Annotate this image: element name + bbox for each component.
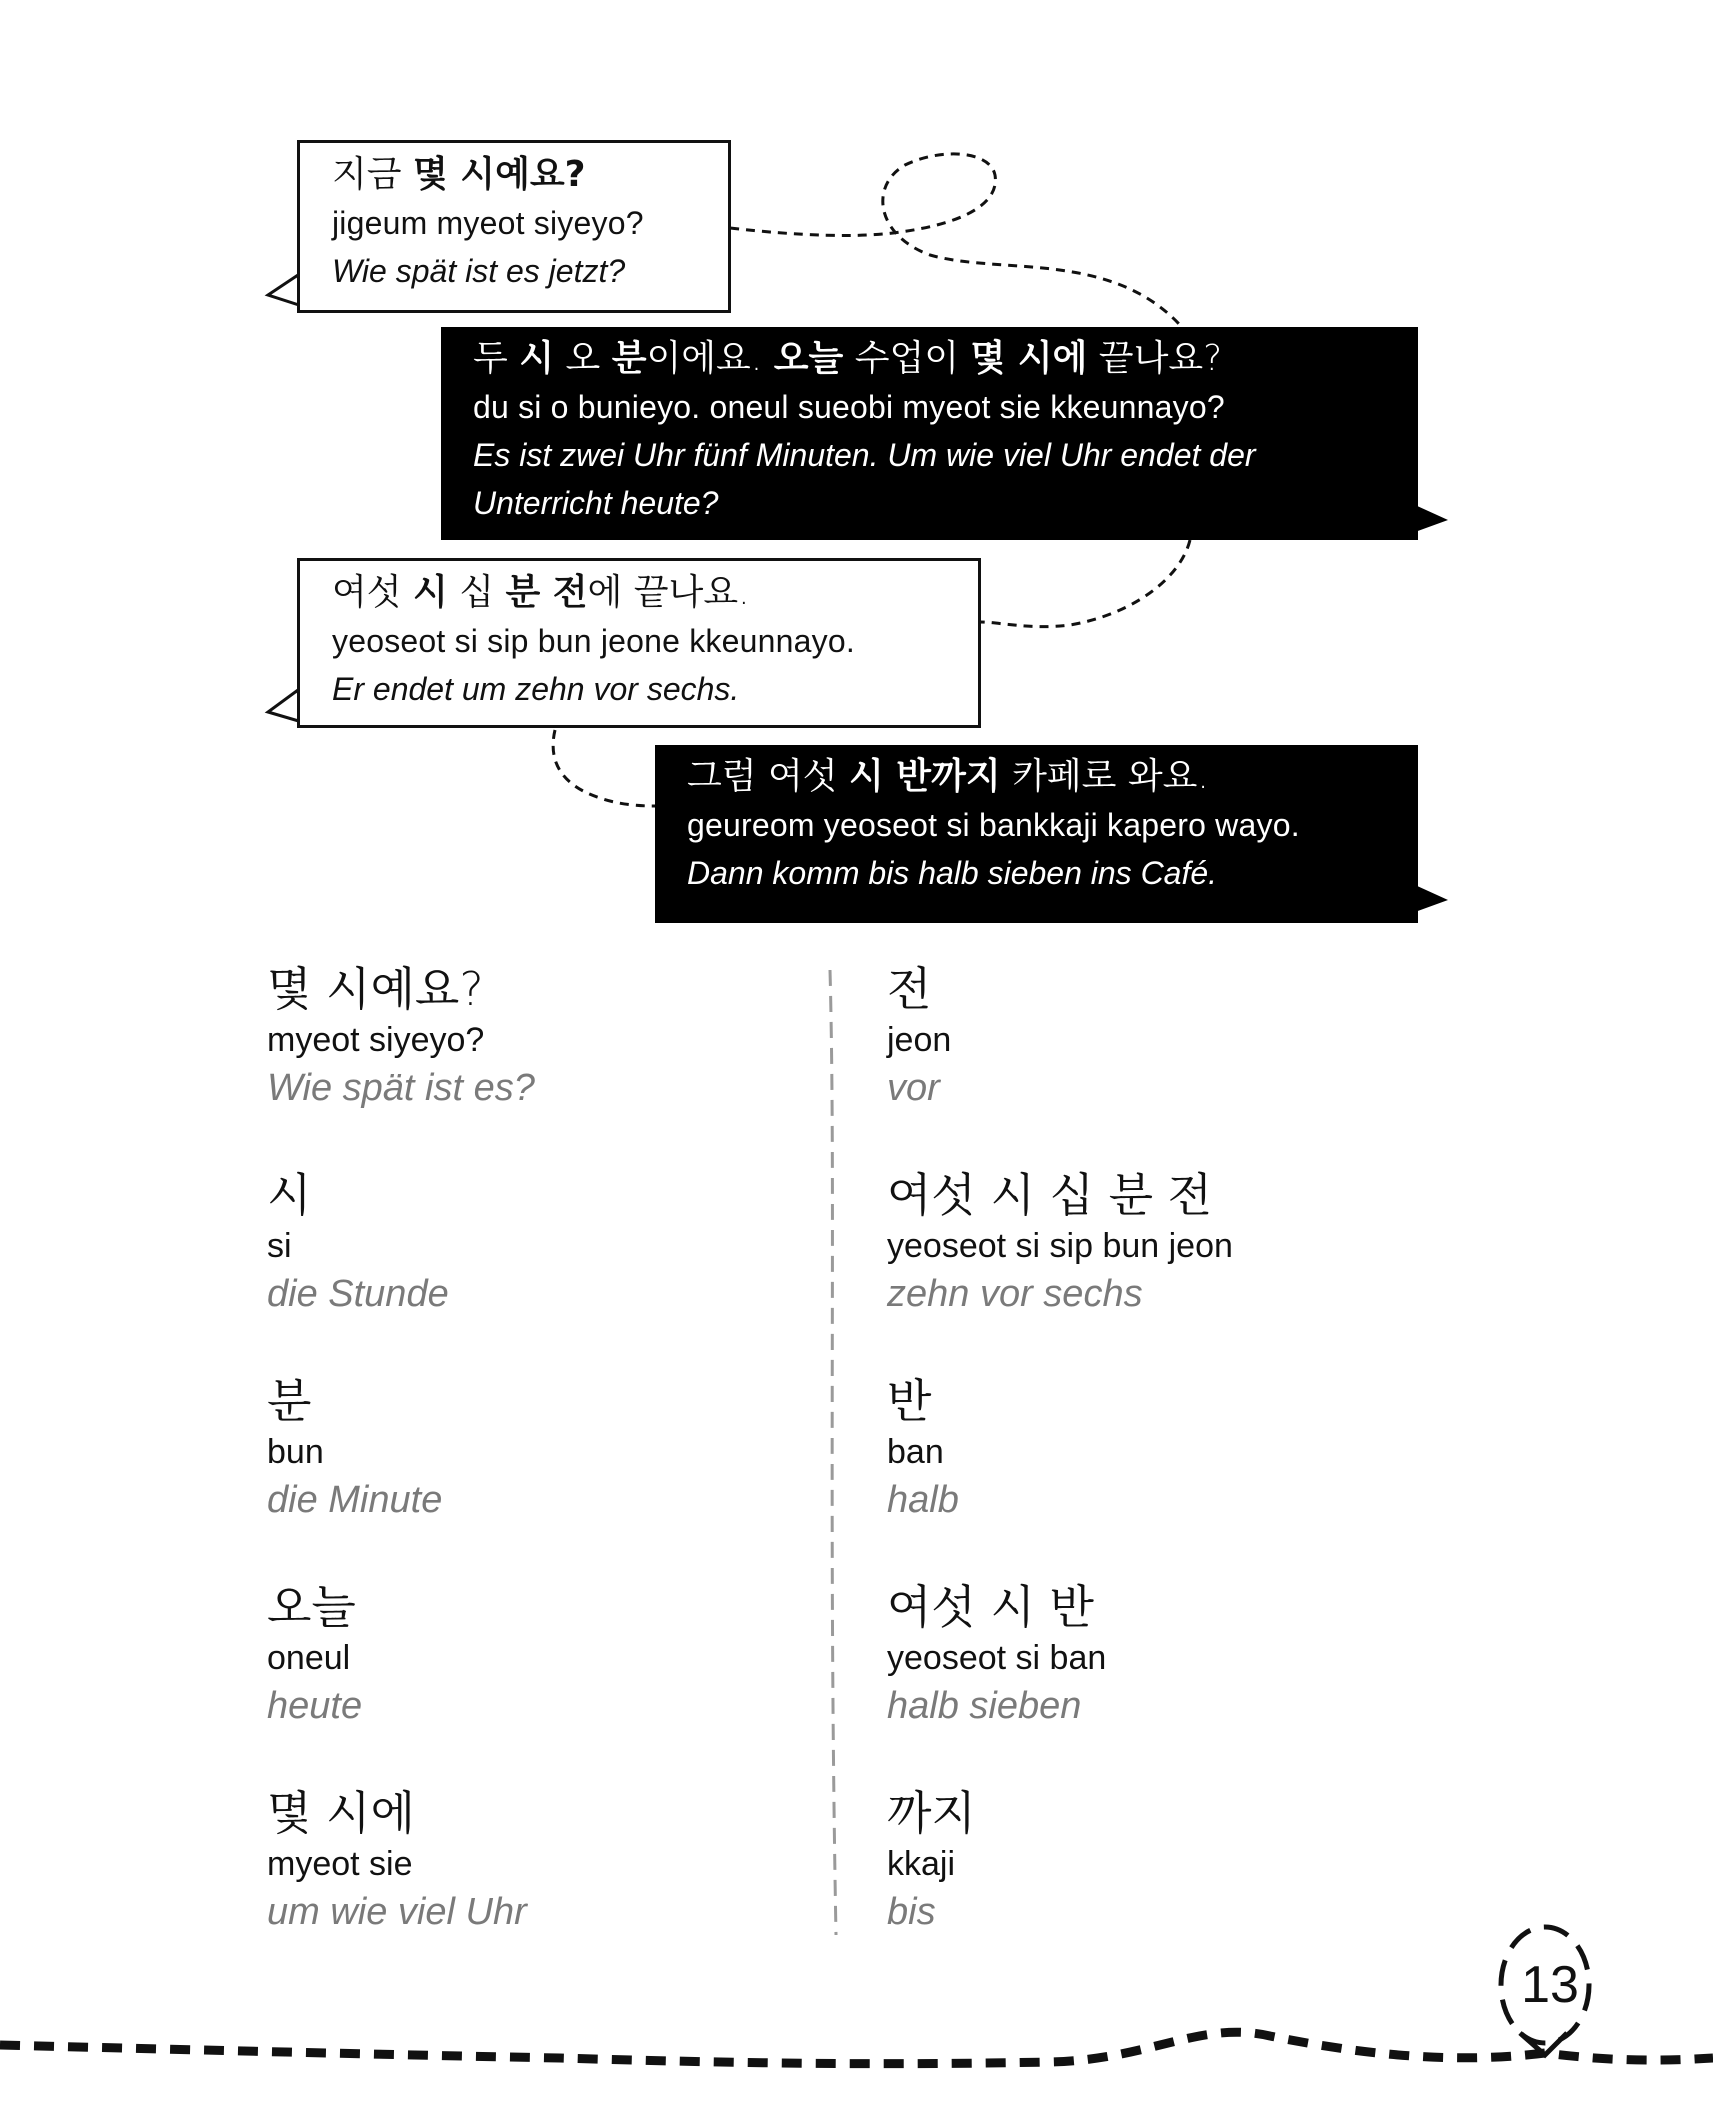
korean-text-bold: 몇 시예요? bbox=[413, 154, 586, 195]
korean-text-bold: 시 bbox=[519, 338, 554, 379]
german-translation-line1: Es ist zwei Uhr fünf Minuten. Um wie vie… bbox=[473, 431, 1418, 479]
vocab-korean: 몇 시에 bbox=[267, 1786, 827, 1840]
dashed-connector-3 bbox=[553, 730, 655, 806]
vocab-german: bis bbox=[887, 1888, 1447, 1936]
korean-text: 십 bbox=[448, 572, 506, 613]
vocab-german: halb sieben bbox=[887, 1682, 1447, 1730]
vocab-romanization: ban bbox=[887, 1428, 1447, 1476]
vocab-korean: 까지 bbox=[887, 1786, 1447, 1840]
korean-text: 에 끝나요. bbox=[588, 572, 750, 613]
korean-text-bold: 분 전 bbox=[505, 572, 587, 613]
german-translation: Dann komm bis halb sieben ins Café. bbox=[687, 849, 1418, 897]
romanization: geureom yeoseot si bankkaji kapero wayo. bbox=[687, 801, 1418, 849]
vocab-korean: 여섯 시 십 분 전 bbox=[887, 1168, 1447, 1222]
vocab-entry: 분 bun die Minute bbox=[267, 1374, 827, 1524]
vocab-romanization: bun bbox=[267, 1428, 827, 1476]
dashed-connector-2 bbox=[980, 540, 1190, 627]
vocab-korean: 반 bbox=[887, 1374, 1447, 1428]
vocab-romanization: si bbox=[267, 1222, 827, 1270]
decorations bbox=[0, 0, 1713, 2126]
vocab-entry: 몇 시에 myeot sie um wie viel Uhr bbox=[267, 1786, 827, 1936]
vocab-romanization: yeoseot si ban bbox=[887, 1634, 1447, 1682]
vocab-entry: 몇 시예요? myeot siyeyo? Wie spät ist es? bbox=[267, 962, 827, 1112]
vocab-german: zehn vor sechs bbox=[887, 1270, 1447, 1318]
vocab-german: die Minute bbox=[267, 1476, 827, 1524]
vocab-german: die Stunde bbox=[267, 1270, 827, 1318]
vocab-romanization: myeot siyeyo? bbox=[267, 1016, 827, 1064]
bottom-dashed-wave bbox=[0, 2032, 1713, 2063]
german-translation: Er endet um zehn vor sechs. bbox=[332, 665, 978, 713]
korean-sentence: 그럼 여섯 시 반까지 카페로 와요. bbox=[687, 753, 1418, 801]
vocab-korean: 분 bbox=[267, 1374, 827, 1428]
vocab-entry: 까지 kkaji bis bbox=[887, 1786, 1447, 1936]
bubble-tail-4 bbox=[1415, 885, 1448, 912]
vocab-german: um wie viel Uhr bbox=[267, 1888, 827, 1936]
vocab-entry: 전 jeon vor bbox=[887, 962, 1447, 1112]
dashed-connector-1 bbox=[730, 154, 1180, 325]
vocab-entry: 여섯 시 반 yeoseot si ban halb sieben bbox=[887, 1580, 1447, 1730]
romanization: jigeum myeot siyeyo? bbox=[332, 199, 728, 247]
vocab-korean: 몇 시예요? bbox=[267, 962, 827, 1016]
korean-text: 지금 bbox=[332, 154, 413, 195]
korean-text: 이에요. bbox=[646, 338, 773, 379]
speech-bubble-4: 그럼 여섯 시 반까지 카페로 와요. geureom yeoseot si b… bbox=[655, 745, 1418, 923]
vocab-german: vor bbox=[887, 1064, 1447, 1112]
vocab-romanization: oneul bbox=[267, 1634, 827, 1682]
korean-text: 오 bbox=[554, 338, 612, 379]
speech-bubble-1: 지금 몇 시예요? jigeum myeot siyeyo? Wie spät … bbox=[297, 140, 731, 313]
korean-text: 끝나요? bbox=[1087, 338, 1222, 379]
vocab-romanization: kkaji bbox=[887, 1840, 1447, 1888]
vocab-romanization: yeoseot si sip bun jeon bbox=[887, 1222, 1447, 1270]
korean-text-bold: 분 bbox=[612, 338, 647, 379]
korean-text-bold: 시 반까지 bbox=[849, 756, 1001, 797]
korean-text-bold: 시 bbox=[413, 572, 448, 613]
korean-text: 두 bbox=[473, 338, 519, 379]
romanization: yeoseot si sip bun jeone kkeunnayo. bbox=[332, 617, 978, 665]
speech-bubble-2: 두 시 오 분이에요. 오늘 수업이 몇 시에 끝나요? du si o bun… bbox=[441, 327, 1418, 540]
german-translation-line2: Unterricht heute? bbox=[473, 479, 1418, 527]
column-divider bbox=[830, 970, 836, 1935]
korean-text: 수업이 bbox=[843, 338, 970, 379]
page-number: 13 bbox=[1510, 1955, 1590, 2015]
vocab-entry: 여섯 시 십 분 전 yeoseot si sip bun jeon zehn … bbox=[887, 1168, 1447, 1318]
korean-text-bold: 오늘 bbox=[774, 338, 844, 379]
vocab-german: halb bbox=[887, 1476, 1447, 1524]
german-translation: Wie spät ist es jetzt? bbox=[332, 247, 728, 295]
vocab-korean: 오늘 bbox=[267, 1580, 827, 1634]
korean-sentence: 지금 몇 시예요? bbox=[332, 151, 728, 199]
korean-sentence: 두 시 오 분이에요. 오늘 수업이 몇 시에 끝나요? bbox=[473, 335, 1418, 383]
vocab-romanization: myeot sie bbox=[267, 1840, 827, 1888]
vocab-german: Wie spät ist es? bbox=[267, 1064, 827, 1112]
romanization: du si o bunieyo. oneul sueobi myeot sie … bbox=[473, 383, 1418, 431]
vocab-korean: 시 bbox=[267, 1168, 827, 1222]
vocab-entry: 시 si die Stunde bbox=[267, 1168, 827, 1318]
speech-bubble-3: 여섯 시 십 분 전에 끝나요. yeoseot si sip bun jeon… bbox=[297, 558, 981, 728]
korean-text: 그럼 여섯 bbox=[687, 756, 849, 797]
vocab-entry: 반 ban halb bbox=[887, 1374, 1447, 1524]
korean-sentence: 여섯 시 십 분 전에 끝나요. bbox=[332, 569, 978, 617]
korean-text: 카페로 와요. bbox=[1001, 756, 1209, 797]
korean-text: 여섯 bbox=[332, 572, 413, 613]
korean-text-bold: 몇 시에 bbox=[970, 338, 1087, 379]
vocab-korean: 여섯 시 반 bbox=[887, 1580, 1447, 1634]
vocab-german: heute bbox=[267, 1682, 827, 1730]
vocab-romanization: jeon bbox=[887, 1016, 1447, 1064]
bubble-tail-2 bbox=[1415, 505, 1448, 532]
vocab-entry: 오늘 oneul heute bbox=[267, 1580, 827, 1730]
vocab-korean: 전 bbox=[887, 962, 1447, 1016]
